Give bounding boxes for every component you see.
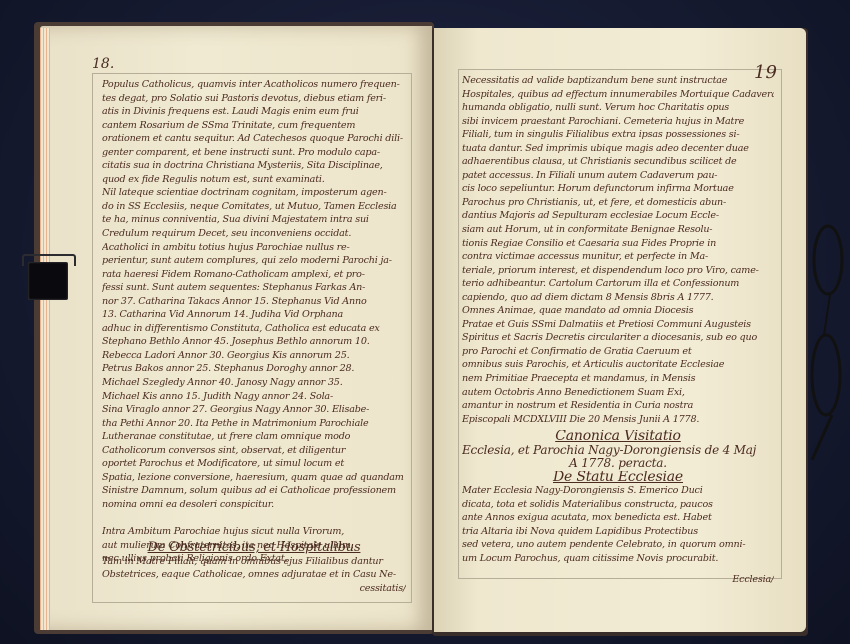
eyeglasses-icon <box>802 200 846 500</box>
page-edges-red <box>40 28 50 630</box>
text-line: citatis sua in doctrina Christiana Myste… <box>102 159 406 173</box>
text-line: sibi invicem praestant Parochiani. Cemet… <box>462 115 774 129</box>
text-line: capiendo, quo ad diem dictam 8 Mensis 8b… <box>462 291 774 305</box>
binder-clip <box>28 262 68 300</box>
text-line: nor 37. Catharina Takacs Annor 15. Steph… <box>102 295 406 309</box>
text-line: tha Pethi Annor 20. Ita Pethe in Matrimo… <box>102 417 406 431</box>
text-line: tes degat, pro Solatio sui Pastoris devo… <box>102 92 406 106</box>
text-line: fessi sunt. Sunt autem sequentes: Stepha… <box>102 281 406 295</box>
text-line: Rebecca Ladori Annor 30. Georgius Kis an… <box>102 349 406 363</box>
text-line: tria Altaria ibi Nova quidem Lapidibus P… <box>462 525 774 539</box>
text-line: humanda obligatio, nulli sunt. Verum hoc… <box>462 101 774 115</box>
text-line: Sinistre Damnum, solum quibus ad ei Cath… <box>102 484 406 498</box>
text-line: adhaerentibus clausa, ut Christianis sec… <box>462 155 774 169</box>
text-line: nem Primitiae Praecepta et mandamus, in … <box>462 372 774 386</box>
text-line: Michael Kis anno 15. Judith Nagy annor 2… <box>102 390 406 404</box>
text-line: contra victimae accessus munitur, et per… <box>462 250 774 264</box>
binder-clip-wire <box>22 254 76 266</box>
text-line: atis in Divinis frequens est. Laudi Magi… <box>102 105 406 119</box>
text-line: Catholicorum conversos sint, observat, e… <box>102 444 406 458</box>
left-page-section: De Obstetricibus, et Hospitalibus Tam in… <box>102 541 406 595</box>
text-line: do in SS Ecclesiis, neque Comitates, ut … <box>102 200 406 214</box>
text-line: Populus Catholicus, quamvis inter Acatho… <box>102 78 406 92</box>
text-line: Parochus pro Christianis, ut, et fere, e… <box>462 196 774 210</box>
faint-watermark <box>390 290 470 340</box>
text-line: Episcopali MCDXLVIII Die 20 Mensis Junii… <box>462 413 774 427</box>
text-line: ante Annos exigua acutata, mox benedicta… <box>462 511 774 525</box>
text-line: Pratae et Guis SSmi Dalmatiis et Pretios… <box>462 318 774 332</box>
text-line: dantius Majoris ad Sepulturam ecclesiae … <box>462 209 774 223</box>
subheading-line: Ecclesia, et Parochia Nagy-Dorongiensis … <box>462 444 774 458</box>
text-line: um Locum Parochus, quam citissime Novis … <box>462 552 774 566</box>
text-line: Michael Szegledy Annor 40. Janosy Nagy a… <box>102 376 406 390</box>
text-line: rata haeresi Fidem Romano-Catholicam amp… <box>102 268 406 282</box>
text-line: Petrus Bakos annor 25. Stephanus Doroghy… <box>102 362 406 376</box>
text-line: cantem Rosarium de SSma Trinitate, cum f… <box>102 119 406 133</box>
catchword: Ecclesia/ <box>462 573 774 587</box>
text-line: Necessitatis ad valide baptizandum bene … <box>462 74 774 88</box>
text-line: perientur, sunt autem complures, qui zel… <box>102 254 406 268</box>
text-line: Stephano Bethlo Annor 45. Josephus Bethl… <box>102 335 406 349</box>
text-line: Spatia, lezione conversione, haeresium, … <box>102 471 406 485</box>
text-line: siam aut Horum, ut in conformitate Benig… <box>462 223 774 237</box>
text-line: Sina Viraglo annor 27. Georgius Nagy Ann… <box>102 403 406 417</box>
text-line: Intra Ambitum Parochiae hujus sicut null… <box>102 525 406 539</box>
text-line: omnibus suis Parochis, et Articulis auct… <box>462 358 774 372</box>
heading-de-statu-ecclesiae: De Statu Ecclesiae <box>462 471 774 485</box>
text-line: autem Octobris Anno Benedictionem Suam E… <box>462 386 774 400</box>
text-line: Credulum requirum Decet, seu inconvenien… <box>102 227 406 241</box>
text-line: Spiritus et Sacris Decretis circulariter… <box>462 331 774 345</box>
text-line: pro Parochi et Confirmatio de Gratia Cae… <box>462 345 774 359</box>
text-line: amantur in nostrum et Residentia in Curi… <box>462 399 774 413</box>
section-heading-obstetricibus: De Obstetricibus, et Hospitalibus <box>102 541 406 555</box>
text-line: nomina omni ea desoleri conspicitur. <box>102 498 406 512</box>
text-line: 13. Catharina Vid Annorum 14. Judiha Vid… <box>102 308 406 322</box>
text-line: Mater Ecclesia Nagy-Dorongiensis S. Emer… <box>462 484 774 498</box>
text-line: terio adhibeantur. Cartolum Cartorum ill… <box>462 277 774 291</box>
catchword: cessitatis/ <box>102 582 406 596</box>
left-page-text: Populus Catholicus, quamvis inter Acatho… <box>102 78 406 566</box>
left-page-number: 18. <box>92 56 114 72</box>
text-line: adhuc in differentismo Constituta, Catho… <box>102 322 406 336</box>
text-line: Nil lateque scientiae doctrinam cognitam… <box>102 186 406 200</box>
text-line: genter comparent, et bene instructi sunt… <box>102 146 406 160</box>
text-line: cis loco sepeliuntur. Horum defunctorum … <box>462 182 774 196</box>
heading-canonica-visitatio: Canonica Visitatio <box>462 430 774 444</box>
text-line: Lutheranae constitutae, ut frere clam om… <box>102 430 406 444</box>
text-line: Hospitales, quibus ad effectum innumerab… <box>462 88 774 102</box>
text-line: Omnes Animae, quae mandato ad omnia Dioc… <box>462 304 774 318</box>
text-line: te ha, minus conniventia, Sua divini Maj… <box>102 213 406 227</box>
text-line: Tam in Matre Filiali, quam in omnibus ej… <box>102 555 406 569</box>
right-page-visitation: Canonica Visitatio Ecclesia, et Parochia… <box>462 430 774 587</box>
right-page-text: Necessitatis ad valide baptizandum bene … <box>462 74 774 426</box>
text-line: Acatholici in ambitu totius hujus Paroch… <box>102 241 406 255</box>
text-line: tuata dantur. Sed imprimis ubique magis … <box>462 142 774 156</box>
text-line: Obstetrices, eaque Catholicae, omnes adj… <box>102 568 406 582</box>
subheading-line: A 1778. peracta. <box>462 457 774 471</box>
text-line: sed vetera, uno autem pendente Celebrato… <box>462 538 774 552</box>
text-line: quod ex fide Regulis notum est, sunt exa… <box>102 173 406 187</box>
text-line <box>102 512 406 526</box>
text-line: oportet Parochus et Modificatore, ut sim… <box>102 457 406 471</box>
text-line: dicata, tota et solidis Materialibus con… <box>462 498 774 512</box>
text-line: patet accessus. In Filiali unum autem Ca… <box>462 169 774 183</box>
text-line: Filiali, tum in singulis Filialibus extr… <box>462 128 774 142</box>
text-line: tionis Regiae Consilio et Caesaria sua F… <box>462 237 774 251</box>
text-line: orationem et cantu sequitur. Ad Cateches… <box>102 132 406 146</box>
text-line: teriale, priorum interest, et dispendend… <box>462 264 774 278</box>
